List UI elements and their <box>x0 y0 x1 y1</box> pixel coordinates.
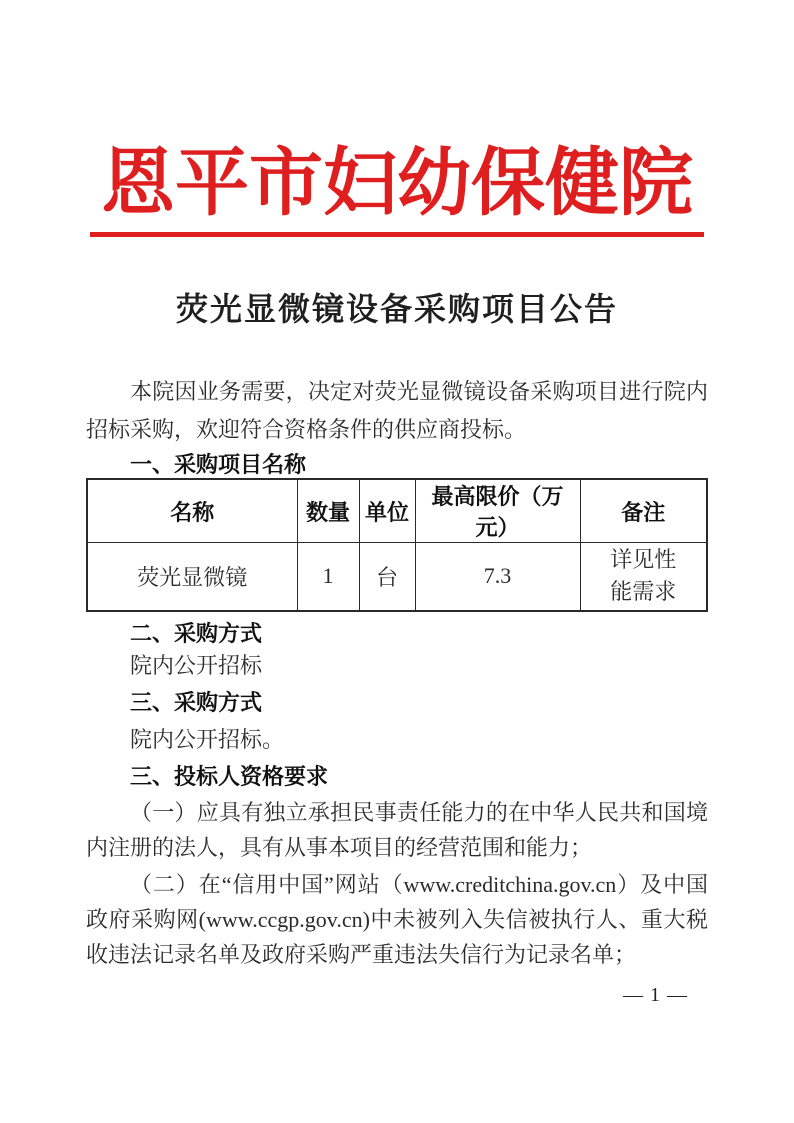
table-cell-unit: 台 <box>359 543 415 611</box>
table-header-name: 名称 <box>87 479 297 543</box>
section-heading-qualification: 三、投标人资格要求 <box>86 765 708 789</box>
section-body-method1: 院内公开招标 <box>86 654 708 678</box>
table-cell-max-price: 7.3 <box>415 543 580 611</box>
table-header-max-price: 最高限价（万元） <box>415 479 580 543</box>
document-title: 荧光显微镜设备采购项目公告 <box>86 291 708 327</box>
document-page: 恩平市妇幼保健院 荧光显微镜设备采购项目公告 本院因业务需要，决定对荧光显微镜设… <box>0 0 794 1123</box>
document-content: 恩平市妇幼保健院 荧光显微镜设备采购项目公告 本院因业务需要，决定对荧光显微镜设… <box>86 142 708 972</box>
section-body-method2: 院内公开招标。 <box>86 728 708 752</box>
letterhead-org-name: 恩平市妇幼保健院 <box>90 142 704 237</box>
table-cell-name: 荧光显微镜 <box>87 543 297 611</box>
section-heading-purchase-name: 一、采购项目名称 <box>86 453 708 477</box>
table-cell-quantity: 1 <box>297 543 359 611</box>
table-cell-remark: 详见性能需求 <box>580 543 707 611</box>
page-number: — 1 — <box>623 984 688 1007</box>
intro-paragraph: 本院因业务需要，决定对荧光显微镜设备采购项目进行院内招标采购，欢迎符合资格条件的… <box>86 373 708 449</box>
section-heading-method1: 二、采购方式 <box>86 622 708 646</box>
table-row: 荧光显微镜 1 台 7.3 详见性能需求 <box>87 543 707 611</box>
table-header-quantity: 数量 <box>297 479 359 543</box>
qualification-paragraph-2: （二）在“信用中国”网站（www.creditchina.gov.cn）及中国政… <box>86 867 708 972</box>
table-header-unit: 单位 <box>359 479 415 543</box>
procurement-table: 名称 数量 单位 最高限价（万元） 备注 荧光显微镜 1 台 7.3 详见性能需… <box>86 478 708 612</box>
table-header-row: 名称 数量 单位 最高限价（万元） 备注 <box>87 479 707 543</box>
section-heading-method2: 三、采购方式 <box>86 691 708 715</box>
qualification-paragraph-1: （一）应具有独立承担民事责任能力的在中华人民共和国境内注册的法人，具有从事本项目… <box>86 795 708 865</box>
table-header-remark: 备注 <box>580 479 707 543</box>
